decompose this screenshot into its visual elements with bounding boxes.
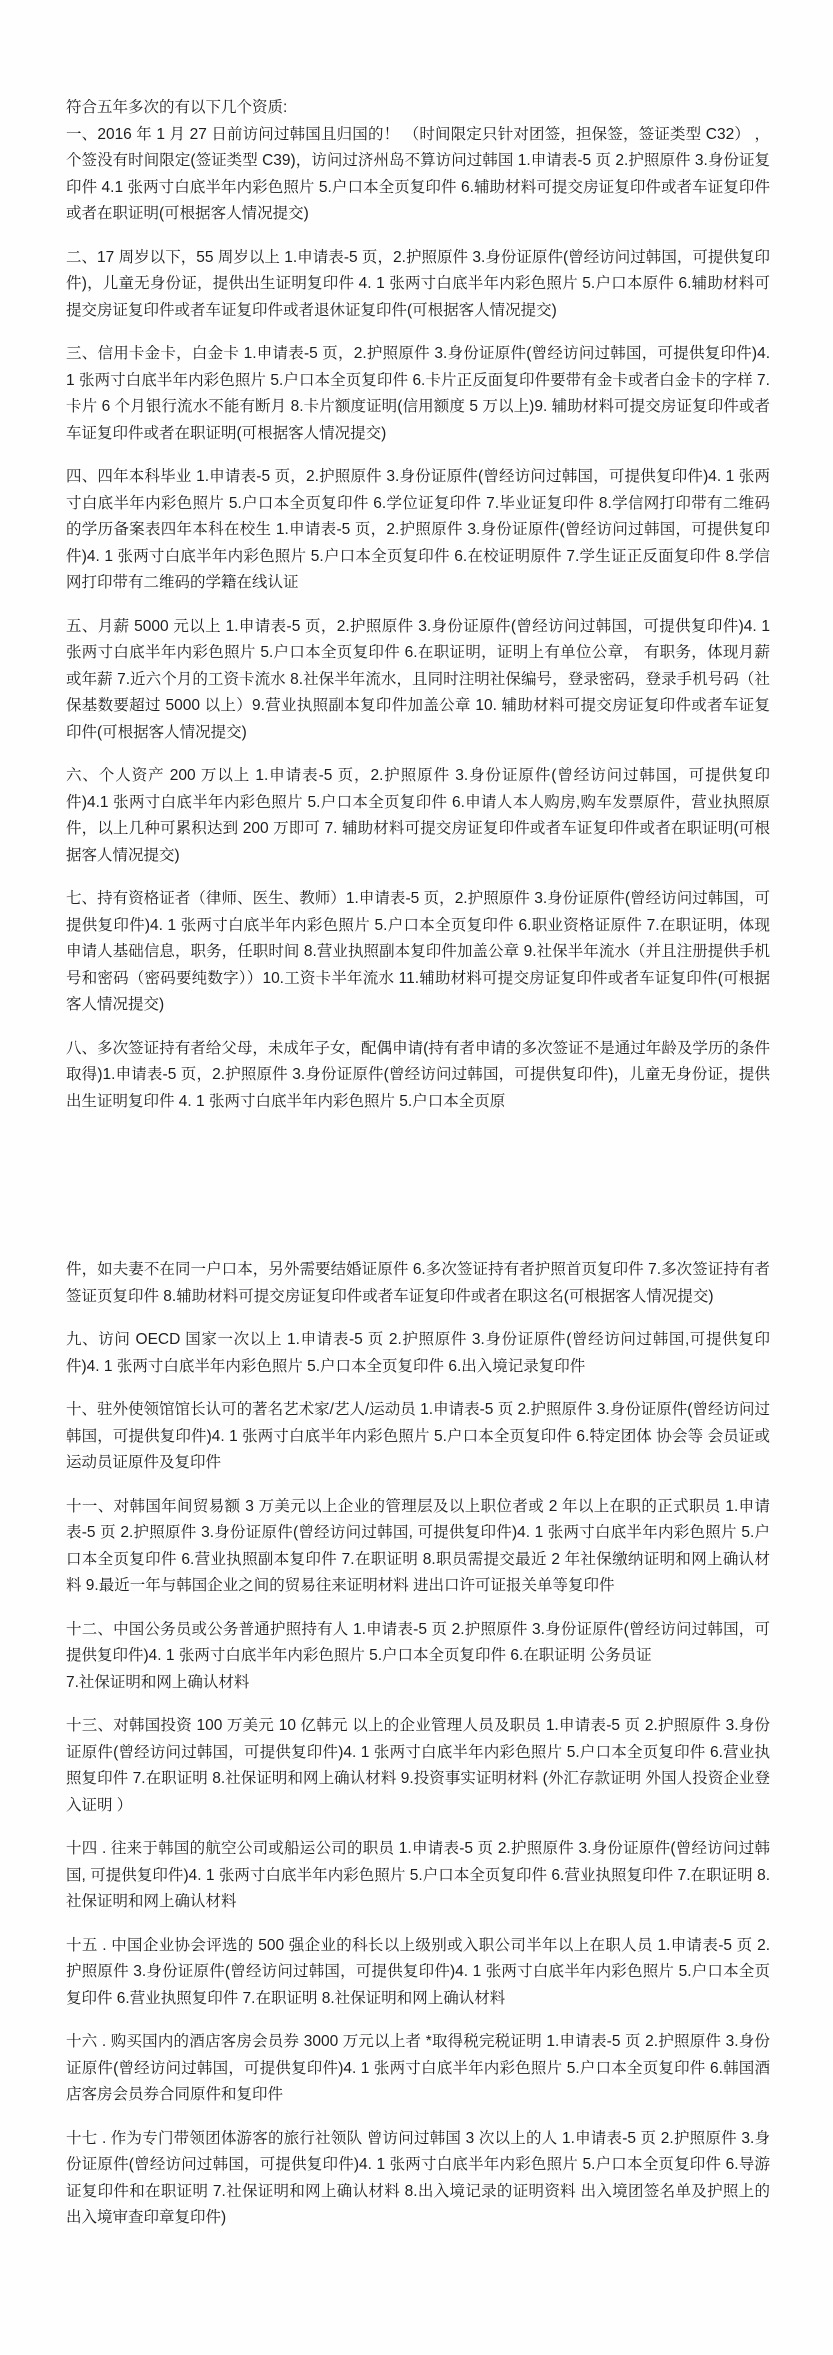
section-6: 六、个人资产 200 万以上 1.申请表-5 页，2.护照原件 3.身份证原件(… <box>66 763 770 869</box>
section-17: 十七 . 作为专门带领团体游客的旅行社领队 曾访问过韩国 3 次以上的人 1.申… <box>66 2126 770 2232</box>
page-break-gap <box>66 1132 770 1257</box>
section-16: 十六 . 购买国内的酒店客房会员券 3000 万元以上者 *取得税完税证明 1.… <box>66 2029 770 2109</box>
section-13: 十三、对韩国投资 100 万美元 10 亿韩元 以上的企业管理人员及职员 1.申… <box>66 1713 770 1819</box>
document-body: 符合五年多次的有以下几个资质: 一、2016 年 1 月 27 日前访问过韩国且… <box>66 95 770 2232</box>
section-2: 二、17 周岁以下，55 周岁以上 1.申请表-5 页，2.护照原件 3.身份证… <box>66 245 770 325</box>
section-8-continued: 件，如夫妻不在同一户口本，另外需要结婚证原件 6.多次签证持有者护照首页复印件 … <box>66 1257 770 1310</box>
section-15: 十五 . 中国企业协会评选的 500 强企业的科长以上级别或入职公司半年以上在职… <box>66 1933 770 2013</box>
section-5: 五、月薪 5000 元以上 1.申请表-5 页，2.护照原件 3.身份证原件(曾… <box>66 614 770 747</box>
section-1: 一、2016 年 1 月 27 日前访问过韩国且归国的！ （时间限定只针对团签，… <box>66 122 770 228</box>
section-7: 七、持有资格证者（律师、医生、教师）1.申请表-5 页，2.护照原件 3.身份证… <box>66 886 770 1019</box>
section-9: 九、访问 OECD 国家一次以上 1.申请表-5 页 2.护照原件 3.身份证原… <box>66 1327 770 1380</box>
section-14: 十四 . 往来于韩国的航空公司或船运公司的职员 1.申请表-5 页 2.护照原件… <box>66 1836 770 1916</box>
document-lead-line: 符合五年多次的有以下几个资质: <box>66 95 770 122</box>
section-11: 十一、对韩国年间贸易额 3 万美元以上企业的管理层及以上职位者或 2 年以上在职… <box>66 1494 770 1600</box>
section-3: 三、信用卡金卡，白金卡 1.申请表-5 页，2.护照原件 3.身份证原件(曾经访… <box>66 341 770 447</box>
section-12: 十二、中国公务员或公务普通护照持有人 1.申请表-5 页 2.护照原件 3.身份… <box>66 1617 770 1697</box>
section-4: 四、四年本科毕业 1.申请表-5 页，2.护照原件 3.身份证原件(曾经访问过韩… <box>66 464 770 597</box>
document-page: 符合五年多次的有以下几个资质: 一、2016 年 1 月 27 日前访问过韩国且… <box>0 0 833 2355</box>
section-10: 十、驻外使领馆馆长认可的著名艺术家/艺人/运动员 1.申请表-5 页 2.护照原… <box>66 1397 770 1477</box>
section-8: 八、多次签证持有者给父母，未成年子女，配偶申请(持有者申请的多次签证不是通过年龄… <box>66 1036 770 1116</box>
